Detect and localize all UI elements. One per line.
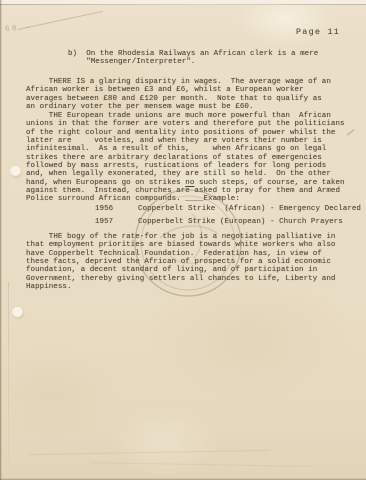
fold-line bbox=[8, 282, 9, 462]
page-number: Page 11 bbox=[296, 27, 366, 37]
page-left-edge bbox=[0, 0, 2, 480]
document-page: 68 - Page 11 b) On the Rhodesia Railways… bbox=[0, 0, 366, 480]
hole-punch-top bbox=[10, 166, 21, 177]
paragraph-trade-unions-text: THE European trade unions are much more … bbox=[26, 112, 345, 187]
stamp-emblem-curve bbox=[170, 254, 212, 263]
stamp-emblem-curve bbox=[160, 226, 218, 238]
section-heading-b: b) On the Rhodesia Railways an African c… bbox=[68, 50, 366, 67]
stamp-inner-circle bbox=[141, 196, 235, 290]
paragraph-wages: THERE IS a glaring disparity in wages. T… bbox=[26, 78, 364, 111]
stamp-outer-circle bbox=[135, 190, 241, 296]
embossed-stamp bbox=[130, 186, 246, 302]
hole-punch-bottom bbox=[12, 307, 23, 318]
stamp-emblem-curve bbox=[192, 214, 202, 258]
page-top-edge-line bbox=[0, 4, 366, 5]
pencil-annotation: 68 - bbox=[5, 23, 33, 34]
